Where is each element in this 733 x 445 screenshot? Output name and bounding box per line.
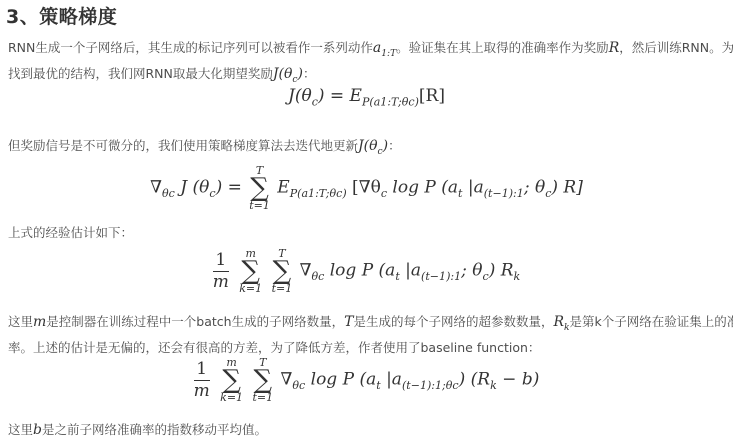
section-heading: 3、策略梯度 bbox=[6, 2, 117, 29]
math-objective: J(θc) bbox=[273, 66, 303, 82]
paragraph-intro: RNN生成一个子网络后，其生成的标记序列可以被看作一系列动作a1:T。验证集在其… bbox=[8, 38, 728, 90]
equation-baseline: 1m m∑k=1 T∑t=1 ∇θc log P (at |a(t−1):1;θ… bbox=[0, 357, 733, 403]
paragraph-gradient-intro: 但奖励信号是不可微分的，我们使用策略梯度算法去迭代地更新J(θc)： bbox=[8, 136, 728, 162]
math-reward: R bbox=[609, 40, 620, 56]
paragraph-baseline-def: 这里b是之前子网络准确率的指数移动平均值。 bbox=[8, 420, 728, 440]
equation-empirical-estimate: 1m m∑k=1 T∑t=1 ∇θc log P (at |a(t−1):1; … bbox=[0, 248, 733, 294]
equation-policy-gradient: ∇θc J (θc) = T∑t=1 EP(a1:T;θc) [∇θc log … bbox=[0, 165, 733, 211]
equation-objective: J(θc) = EP(a1:T;θc)[R] bbox=[0, 86, 733, 108]
paragraph-variables: 这里m是控制器在训练过程中一个batch生成的子网络数量，T是生成的每个子网络的… bbox=[8, 312, 728, 358]
math-action-seq: a1:T bbox=[373, 40, 396, 56]
paragraph-estimate: 上式的经验估计如下： bbox=[8, 223, 728, 243]
